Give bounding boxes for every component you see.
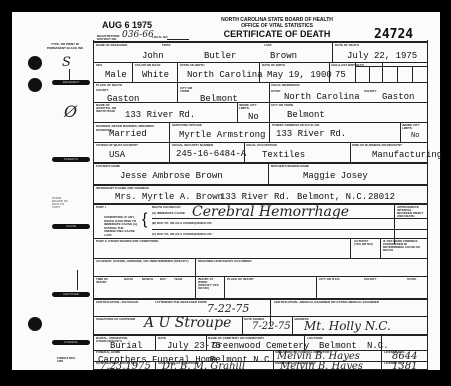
registrar-signature: Dr. B. M. Grahill [162, 361, 245, 372]
informant-zip: 28012 [368, 192, 395, 202]
middle-name: Butler [204, 51, 236, 61]
residence-state: North Carolina [284, 92, 360, 102]
social-security-number: 245-16-6484-A [176, 149, 246, 159]
residence-county: Gaston [382, 92, 414, 102]
punch-hole-icon [28, 317, 42, 331]
residence-inside-city: No [411, 131, 419, 141]
last-name: Brown [270, 51, 297, 61]
margin-mark-null: Ø [64, 102, 77, 121]
bracket: { [142, 211, 147, 229]
certificate-title: CERTIFICATE OF DEATH [202, 29, 352, 39]
margin-mark: S [62, 55, 71, 70]
certificate-number: 24724 [374, 27, 413, 42]
surviving-spouse: Myrtle Armstrong [179, 130, 265, 140]
informant-city: Belmont, N.C. [297, 192, 367, 202]
section-tab-cause: CAUSE [52, 224, 90, 229]
section-tab-parents: PARENTS [52, 157, 90, 162]
attended-to-date: 7-22-75 [207, 302, 249, 315]
date-of-death: July 22, 1975 [347, 51, 417, 61]
side-note: STATE BOARD OF HEALTH COPY [52, 197, 72, 209]
section-tab-certifier: CERTIFIER [52, 292, 90, 297]
local-no-label: LOCAL NO. [152, 36, 168, 39]
embalmer-license: 1381 [392, 361, 417, 372]
embalmer-signature: Melvin B. Hayes [280, 361, 363, 372]
occupation: Textiles [262, 150, 305, 160]
received-stamp: AUG 6 1975 [102, 20, 152, 30]
birth-state: North Carolina [187, 70, 263, 80]
citizenship: USA [109, 150, 125, 160]
informant-address: 133 River Rd. [220, 192, 290, 202]
street-address: 133 River Rd. [276, 129, 346, 139]
sex: Male [105, 70, 127, 80]
section-tab-decedent: DECEDENT [52, 80, 90, 85]
race: White [142, 70, 169, 80]
industry: Manufacturing [372, 150, 442, 160]
first-name: John [142, 51, 164, 61]
death-certificate: AUG 6 1975 REGISTRATION DISTRICT NO. 036… [12, 12, 440, 370]
age: 75 [335, 70, 346, 80]
date-received-local-registrar: 7.23.1975 [100, 361, 151, 372]
residence-city: Belmont [287, 110, 325, 120]
father-name: Jesse Ambrose Brown [120, 171, 223, 181]
certifier-address: Mt. Holly N.C. [304, 319, 391, 333]
date-signed: 7-22-75 [252, 321, 291, 332]
ink-instruction: TYPE, OR PRINT IN PERMANENT BLACK INK [44, 42, 86, 50]
inside-city-limits: No [248, 112, 259, 122]
hospital: 133 River Rd. [125, 110, 195, 120]
registration-number: 036-66 [122, 30, 154, 40]
form-code: FORM 8 REV 1/68 [57, 357, 77, 363]
name-label: NAME OF DECEASED [96, 44, 127, 47]
punch-hole-icon [28, 56, 42, 70]
mother-maiden-name: Maggie Josey [303, 171, 368, 181]
section-tab-funeral: FUNERAL [52, 340, 90, 345]
certifier-signature: A U Stroupe [144, 315, 231, 331]
marital-status: Married [109, 129, 147, 139]
punch-hole-icon [28, 78, 42, 92]
informant-name: Mrs. Myrtle A. Brown [115, 192, 223, 202]
date-of-birth: May 19, 1900 [267, 70, 332, 80]
